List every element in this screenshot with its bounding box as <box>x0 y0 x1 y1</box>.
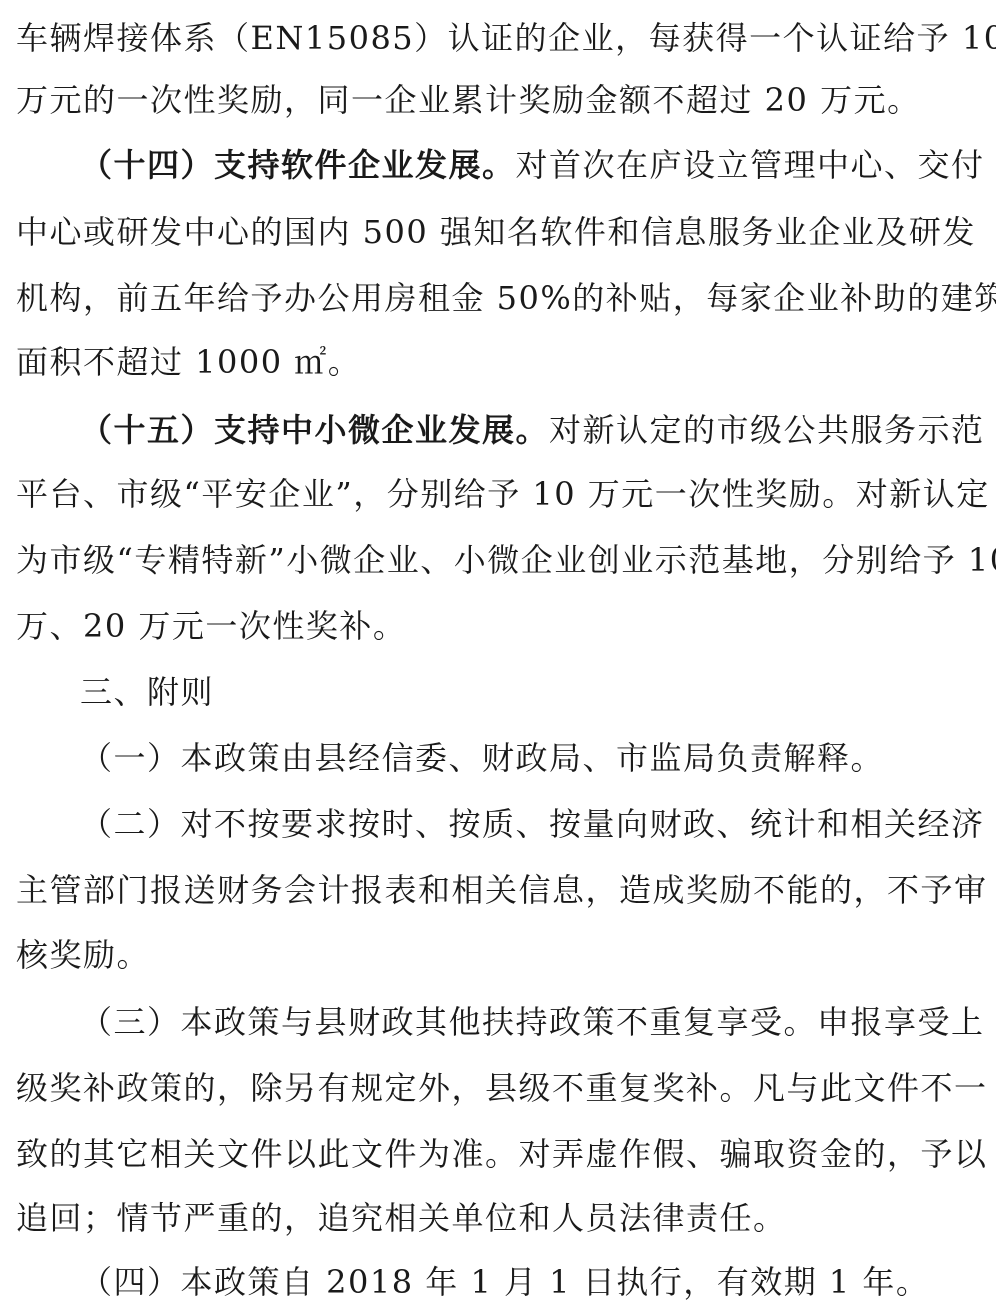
text-line: 万、20 万元一次性奖补。 <box>16 601 966 651</box>
document-page: 车辆焊接体系（EN15085）认证的企业，每获得一个认证给予 10 万元的一次性… <box>0 0 996 1303</box>
section-14-line: （十四）支持软件企业发展。对首次在庐设立管理中心、交付 <box>80 140 966 190</box>
text-line: 车辆焊接体系（EN15085）认证的企业，每获得一个认证给予 10 <box>16 13 966 63</box>
text-line: 追回；情节严重的，追究相关单位和人员法律责任。 <box>16 1193 966 1243</box>
text-line: （一）本政策由县经信委、财政局、市监局负责解释。 <box>80 733 966 783</box>
text-line: 致的其它相关文件以此文件为准。对弄虚作假、骗取资金的，予以 <box>16 1129 966 1179</box>
text-span: 对新认定的市级公共服务示范 <box>549 411 985 449</box>
text-line: 核奖励。 <box>16 930 966 980</box>
text-line: （四）本政策自 2018 年 1 月 1 日执行，有效期 1 年。 <box>80 1257 966 1303</box>
text-line: 面积不超过 1000 ㎡。 <box>16 337 966 387</box>
section-14-heading: （十四）支持软件企业发展。 <box>80 146 516 184</box>
section-15-heading: （十五）支持中小微企业发展。 <box>80 411 549 449</box>
text-line: 为市级“专精特新”小微企业、小微企业创业示范基地，分别给予 10 <box>16 535 966 585</box>
section-15-line: （十五）支持中小微企业发展。对新认定的市级公共服务示范 <box>80 405 966 455</box>
section-heading: 三、附则 <box>80 667 966 717</box>
text-line: 中心或研发中心的国内 500 强知名软件和信息服务业企业及研发 <box>16 207 966 257</box>
text-span: 对首次在庐设立管理中心、交付 <box>516 146 985 184</box>
text-line: （三）本政策与县财政其他扶持政策不重复享受。申报享受上 <box>80 997 966 1047</box>
text-line: 平台、市级“平安企业”，分别给予 10 万元一次性奖励。对新认定 <box>16 469 966 519</box>
text-line: （二）对不按要求按时、按质、按量向财政、统计和相关经济 <box>80 799 966 849</box>
text-line: 主管部门报送财务会计报表和相关信息，造成奖励不能的，不予审 <box>16 865 966 915</box>
text-line: 万元的一次性奖励，同一企业累计奖励金额不超过 20 万元。 <box>16 75 966 125</box>
text-line: 机构，前五年给予办公用房租金 50%的补贴，每家企业补助的建筑 <box>16 273 966 323</box>
text-line: 级奖补政策的，除另有规定外，县级不重复奖补。凡与此文件不一 <box>16 1063 966 1113</box>
